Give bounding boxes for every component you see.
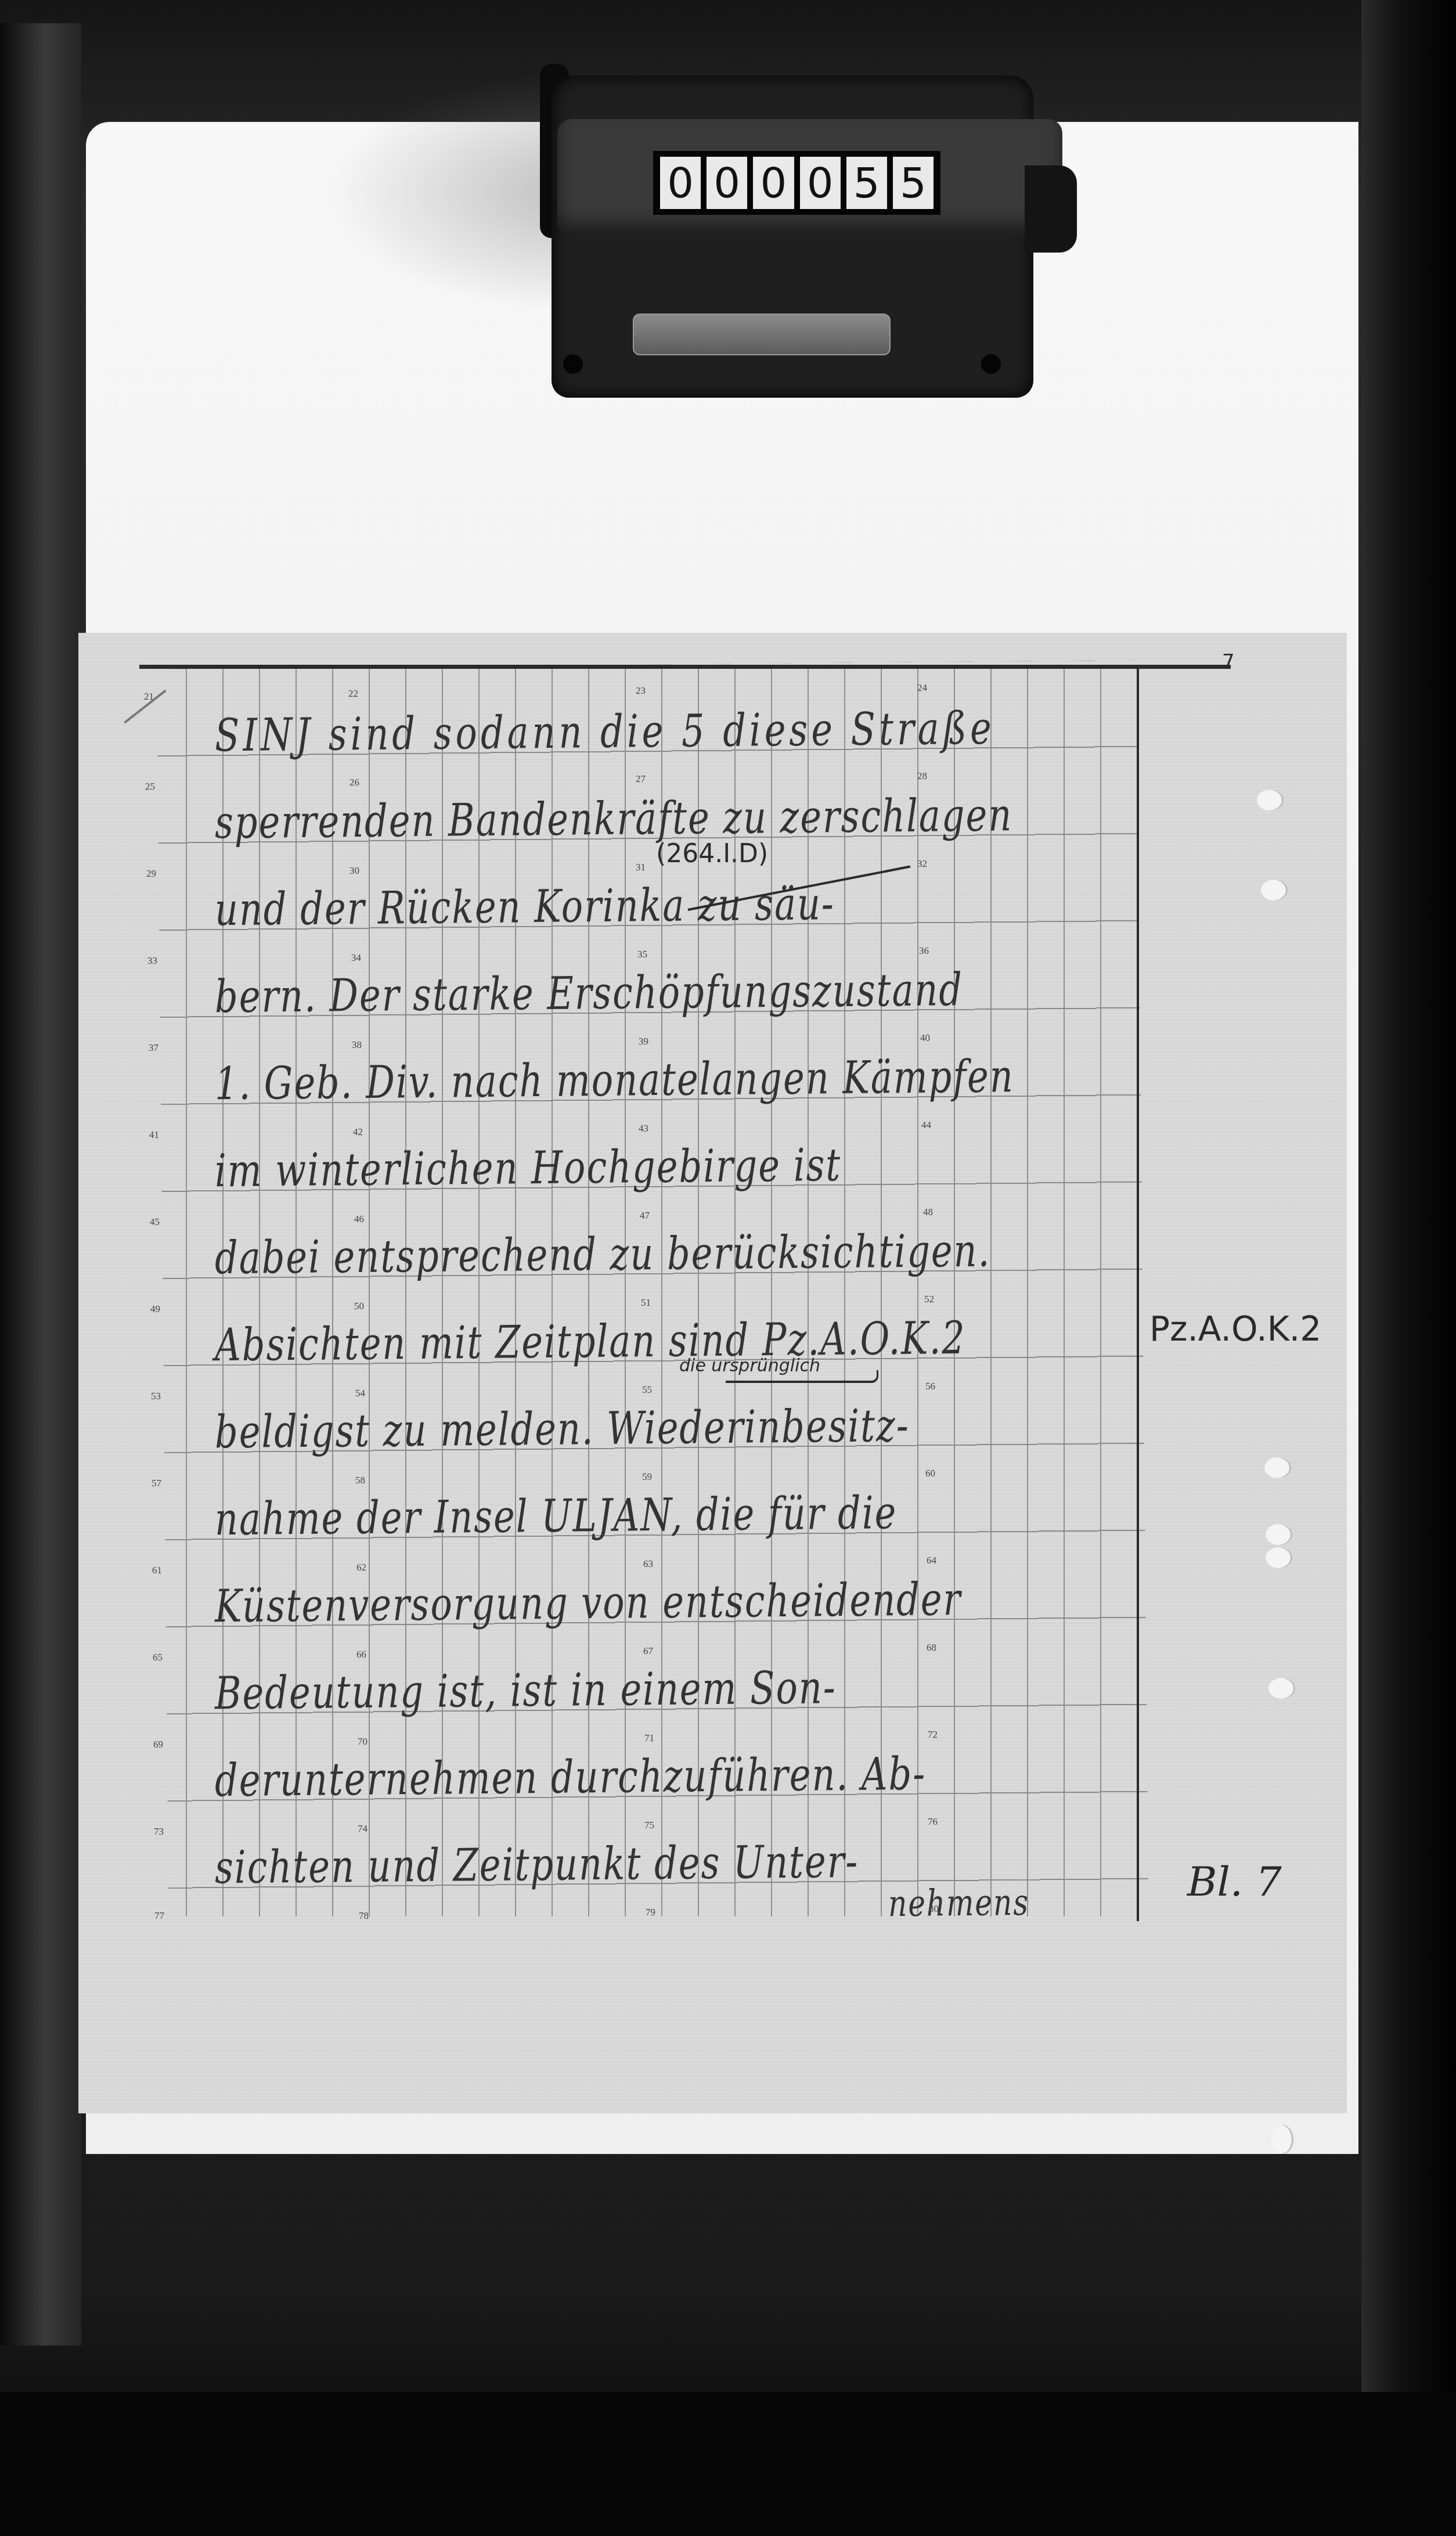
marginal-unit-annotation: Pz.A.O.K.2: [1149, 1309, 1321, 1349]
grid-line-number: 66: [356, 1649, 366, 1660]
grid-line-number: 28: [917, 770, 927, 782]
grid-line-number: 62: [356, 1562, 366, 1573]
grid-line-number: 30: [349, 865, 359, 877]
handwritten-line: derunternehmen durchzuführen. Ab-: [215, 1747, 927, 1807]
grid-line-number: 61: [152, 1565, 162, 1576]
grid-line-number: 59: [642, 1471, 652, 1483]
counter-display: 0 0 0 0 5 5: [653, 151, 940, 215]
grid-line-number: 21: [144, 691, 154, 703]
page-mark: 7: [1222, 650, 1235, 673]
grid-line-number: 65: [153, 1652, 163, 1663]
grid-line-number: 77: [154, 1910, 164, 1922]
punch-hole: [1266, 1524, 1292, 1545]
counter-knob: [1025, 165, 1077, 253]
grid-line-number: 45: [150, 1216, 160, 1228]
counter-digit: 0: [800, 157, 841, 209]
grid-line-number: 75: [644, 1820, 654, 1831]
handwritten-line: bern. Der starke Erschöpfungszustand: [215, 963, 964, 1024]
grid-line-number: 58: [355, 1475, 365, 1486]
grid-line-number: 40: [920, 1032, 930, 1044]
grid-line-number: 60: [925, 1468, 935, 1479]
counter-nameplate: [633, 314, 891, 355]
grid-line-number: 27: [636, 773, 646, 785]
grid-line-number: 29: [146, 868, 156, 880]
grid-line-number: 48: [923, 1206, 933, 1218]
handwritten-line: Küstenversorgung von entscheidender: [215, 1573, 962, 1633]
grid-line-number: 36: [919, 945, 929, 957]
punch-hole: [1271, 2125, 1293, 2154]
grid-line-number: 44: [921, 1119, 931, 1131]
frame-counter: 0 0 0 0 5 5: [540, 64, 1074, 401]
film-left-edge: [0, 23, 81, 2346]
grid-line-number: 23: [636, 685, 646, 697]
handwritten-line: im winterlichen Hochgebirge ist: [215, 1139, 842, 1198]
grid-line-number: 43: [639, 1123, 648, 1134]
grid-line-number: 37: [149, 1042, 158, 1054]
counter-digit: 0: [660, 157, 701, 209]
grid-line-number: 67: [643, 1645, 653, 1657]
grid-line-number: 53: [151, 1391, 161, 1402]
grid-line-number: 41: [149, 1129, 159, 1141]
grid-line-number: 74: [358, 1823, 367, 1835]
grid-line-number: 38: [352, 1039, 362, 1051]
grid-line-number: 71: [644, 1732, 654, 1744]
grid-line-number: 73: [154, 1826, 164, 1838]
grid-line-number: 47: [640, 1210, 650, 1222]
counter-digit: 5: [893, 157, 934, 209]
grid-line-number: 68: [927, 1642, 936, 1654]
handwritten-line: SINJ sind sodann die 5 diese Straße: [215, 701, 996, 762]
film-bottom-edge: [0, 2392, 1456, 2536]
grid-line-number: 52: [924, 1294, 934, 1305]
grid-line-number: 26: [349, 777, 359, 788]
grid-line-number: 35: [637, 949, 647, 960]
grid-line-number: 55: [642, 1384, 652, 1396]
handwritten-line: und der Rücken Korinka zu säu-: [215, 877, 835, 936]
grid-line-number: 78: [359, 1910, 369, 1922]
grid-right-rule: [1137, 667, 1139, 1921]
grid-line-number: 80: [929, 1903, 939, 1915]
grid-line-number: 79: [646, 1907, 655, 1918]
handwritten-line: nehmens: [888, 1881, 1030, 1925]
punch-hole: [1264, 1457, 1291, 1478]
handwritten-line: Bedeutung ist, ist in einem Son-: [215, 1661, 837, 1720]
handwritten-line: dabei entsprechend zu berücksichtigen.: [215, 1224, 991, 1284]
punch-hole: [1257, 790, 1284, 810]
grid-top-rule: [139, 665, 1231, 669]
screw-icon: [563, 354, 583, 374]
handwritten-line: sichten und Zeitpunkt des Unter-: [215, 1835, 859, 1894]
grid-line-number: 49: [150, 1303, 160, 1315]
handwritten-line: nahme der Insel ULJAN, die für die: [215, 1486, 898, 1546]
punch-hole: [1268, 1678, 1295, 1699]
film-right-edge: [1361, 0, 1456, 2536]
grid-line-number: 72: [928, 1729, 938, 1741]
grid-line-number: 33: [147, 955, 157, 967]
grid-line-number: 25: [145, 781, 155, 793]
grid-line-number: 54: [355, 1388, 365, 1399]
grid-line-number: 24: [917, 682, 927, 694]
grid-line-number: 64: [927, 1555, 936, 1566]
punch-hole: [1261, 880, 1288, 900]
folio-label: Bl. 7: [1187, 1858, 1282, 1905]
punch-hole: [1266, 1547, 1292, 1568]
screw-icon: [981, 354, 1001, 374]
grid-line-number: 31: [636, 862, 646, 873]
grid-line-number: 39: [639, 1036, 648, 1047]
handwritten-line: beldigst zu melden. Wiederinbesitz-: [215, 1399, 910, 1458]
grid-line-number: 70: [358, 1736, 367, 1748]
grid-line-number: 42: [353, 1126, 363, 1138]
grid-horizontal-rules: [157, 660, 1149, 1918]
grid-line-number: 46: [354, 1213, 364, 1225]
grid-line-number: 22: [348, 688, 358, 700]
handwritten-line: sperrenden Bandenkräfte zu zerschlagen: [215, 788, 1013, 849]
grid-line-number: 57: [152, 1478, 161, 1489]
grid-line-number: 56: [925, 1381, 935, 1392]
counter-digit: 0: [753, 157, 794, 209]
grid-line-number: 32: [917, 858, 927, 870]
grid-line-number: 69: [153, 1739, 163, 1750]
grid-line-number: 51: [641, 1297, 651, 1309]
grid-line-number: 34: [351, 952, 361, 964]
insertion-annotation: (264.I.D): [656, 839, 768, 869]
grid-line-number: 50: [354, 1301, 364, 1312]
counter-digit: 5: [846, 157, 887, 209]
handwritten-line: 1. Geb. Div. nach monatelangen Kämpfen: [215, 1050, 1015, 1110]
handwritten-line: Absichten mit Zeitplan sind Pz.A.O.K.2: [215, 1311, 967, 1371]
grid-line-number: 76: [928, 1816, 938, 1828]
insertion-bracket: [726, 1370, 878, 1383]
ruled-grid: [163, 665, 1138, 1919]
counter-digit: 0: [707, 157, 747, 209]
grid-line-number: 63: [643, 1558, 653, 1570]
